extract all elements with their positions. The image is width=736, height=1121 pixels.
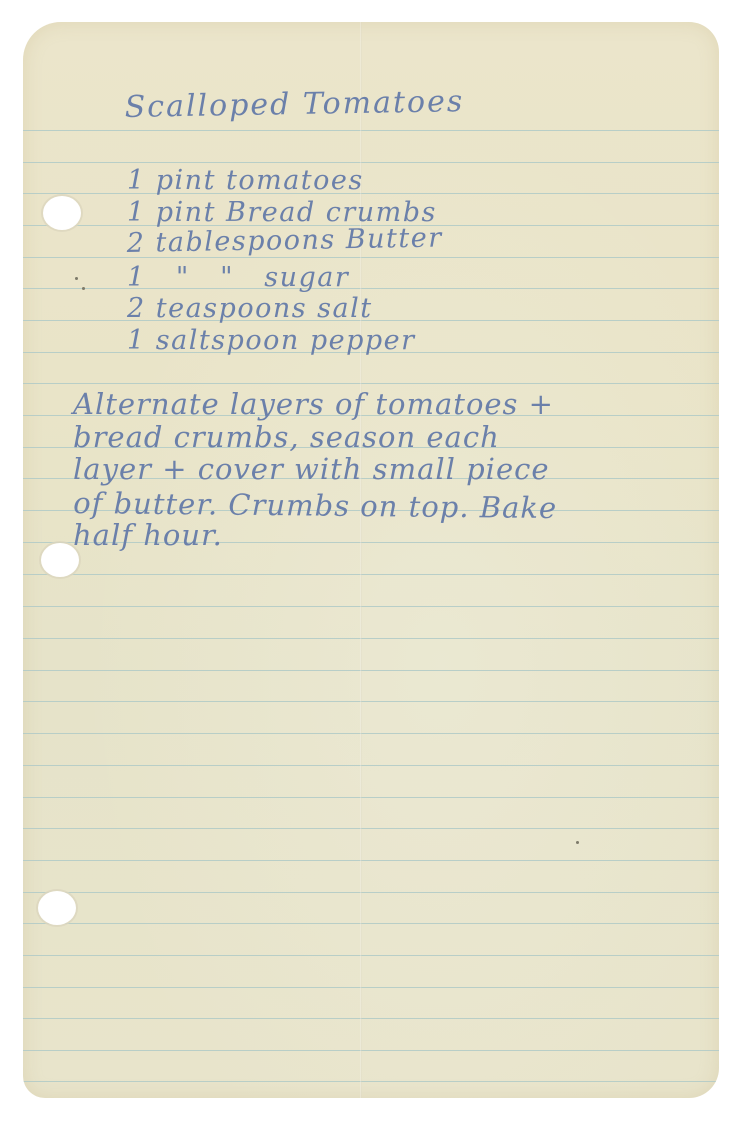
rule-line: [23, 892, 719, 893]
pencil-speck: [82, 287, 85, 290]
rule-line: [23, 1050, 719, 1051]
rule-line: [23, 860, 719, 861]
ingredient-line: 2 teaspoons salt: [127, 293, 373, 324]
rule-line: [23, 383, 719, 384]
direction-line: half hour.: [73, 518, 223, 552]
rule-line: [23, 1018, 719, 1019]
punch-hole: [38, 891, 76, 925]
rule-line: [23, 574, 719, 575]
rule-line: [23, 797, 719, 798]
rule-line: [23, 701, 719, 702]
direction-line: Alternate layers of tomatoes +: [73, 387, 554, 421]
rule-line: [23, 162, 719, 163]
rule-line: [23, 733, 719, 734]
direction-line: bread crumbs, season each: [73, 420, 500, 454]
direction-line: layer + cover with small piece: [73, 452, 550, 486]
ingredient-line: 1 pint tomatoes: [127, 165, 364, 196]
ingredient-line: 1 saltspoon pepper: [127, 325, 416, 356]
rule-line: [23, 130, 719, 131]
pencil-speck: [576, 841, 579, 844]
ingredient-line: 1 " " sugar: [127, 262, 349, 293]
rule-line: [23, 606, 719, 607]
rule-line: [23, 828, 719, 829]
rule-line: [23, 1081, 719, 1082]
rule-line: [23, 987, 719, 988]
rule-line: [23, 955, 719, 956]
rule-line: [23, 923, 719, 924]
rule-line: [23, 765, 719, 766]
rule-line: [23, 638, 719, 639]
ingredient-line: 2 tablespoons Butter: [126, 222, 442, 259]
rule-line: [23, 670, 719, 671]
pencil-speck: [75, 277, 78, 280]
punch-hole: [43, 196, 81, 230]
recipe-title: Scalloped Tomatoes: [124, 84, 464, 125]
